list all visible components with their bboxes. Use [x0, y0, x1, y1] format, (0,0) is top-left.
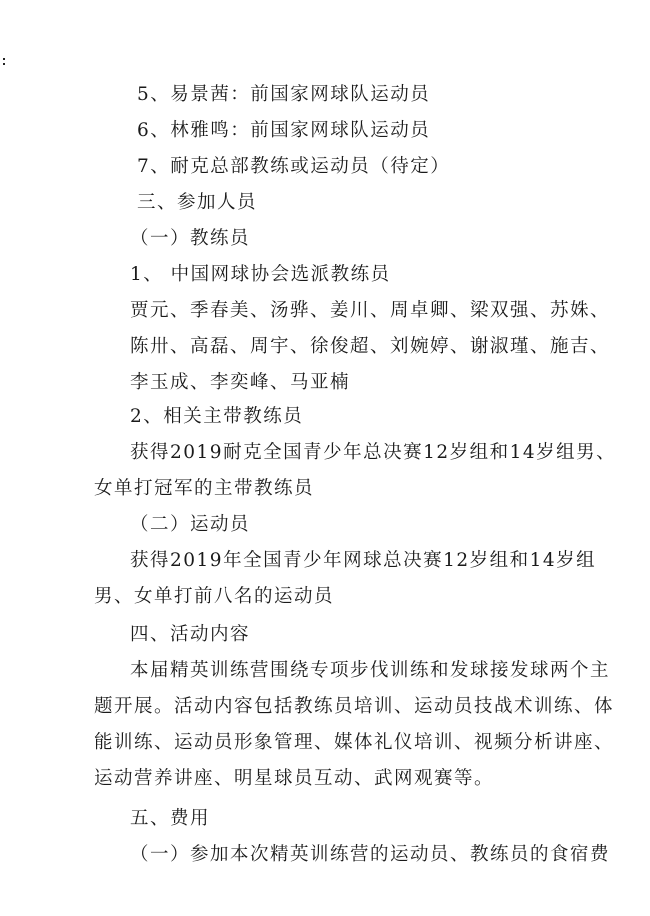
subheading-athletes: （二）运动员 — [130, 512, 250, 538]
subitem-head-coaches: 2、相关主带教练员 — [130, 404, 303, 430]
subheading-coaches: （一）教练员 — [130, 226, 250, 252]
paragraph-activities-4: 运动营养讲座、明星球员互动、武网观赛等。 — [94, 766, 494, 792]
paragraph-activities-3: 能训练、运动员形象管理、媒体礼仪培训、视频分析讲座、 — [94, 730, 614, 756]
paragraph-athletes-1: 获得2019年全国青少年网球总决赛12岁组和14岁组 — [130, 548, 596, 574]
subitem-cta-coaches: 1、 中国网球协会选派教练员 — [130, 262, 391, 288]
list-item-coach-5: 5、易景茜：前国家网球队运动员 — [137, 82, 430, 108]
paragraph-head-coaches-1: 获得2019耐克全国青少年总决赛12岁组和14岁组男、 — [130, 440, 616, 466]
paragraph-activities-1: 本届精英训练营围绕专项步伐训练和发球接发球两个主 — [130, 658, 610, 684]
coach-names-line-1: 贾元、季春美、汤骅、姜川、周卓卿、梁双强、苏姝、 — [130, 298, 610, 324]
paragraph-activities-2: 题开展。活动内容包括教练员培训、运动员技战术训练、体 — [94, 694, 614, 720]
binding-mark — [3, 58, 6, 68]
list-item-coach-7: 7、耐克总部教练或运动员（待定） — [137, 154, 450, 180]
document-page: 5、易景茜：前国家网球队运动员 6、林雅鸣：前国家网球队运动员 7、耐克总部教练… — [0, 0, 650, 916]
paragraph-athletes-2: 男、女单打前八名的运动员 — [94, 584, 334, 610]
coach-names-line-3: 李玉成、李奕峰、马亚楠 — [130, 370, 350, 396]
paragraph-fees-1: （一）参加本次精英训练营的运动员、教练员的食宿费 — [130, 842, 610, 868]
paragraph-head-coaches-2: 女单打冠军的主带教练员 — [94, 476, 314, 502]
section-heading-participants: 三、参加人员 — [137, 190, 257, 216]
coach-names-line-2: 陈卅、高磊、周宇、徐俊超、刘婉婷、谢淑瑾、施吉、 — [130, 334, 610, 360]
list-item-coach-6: 6、林雅鸣：前国家网球队运动员 — [137, 118, 430, 144]
section-heading-activities: 四、活动内容 — [130, 622, 250, 648]
section-heading-fees: 五、费用 — [130, 806, 210, 832]
